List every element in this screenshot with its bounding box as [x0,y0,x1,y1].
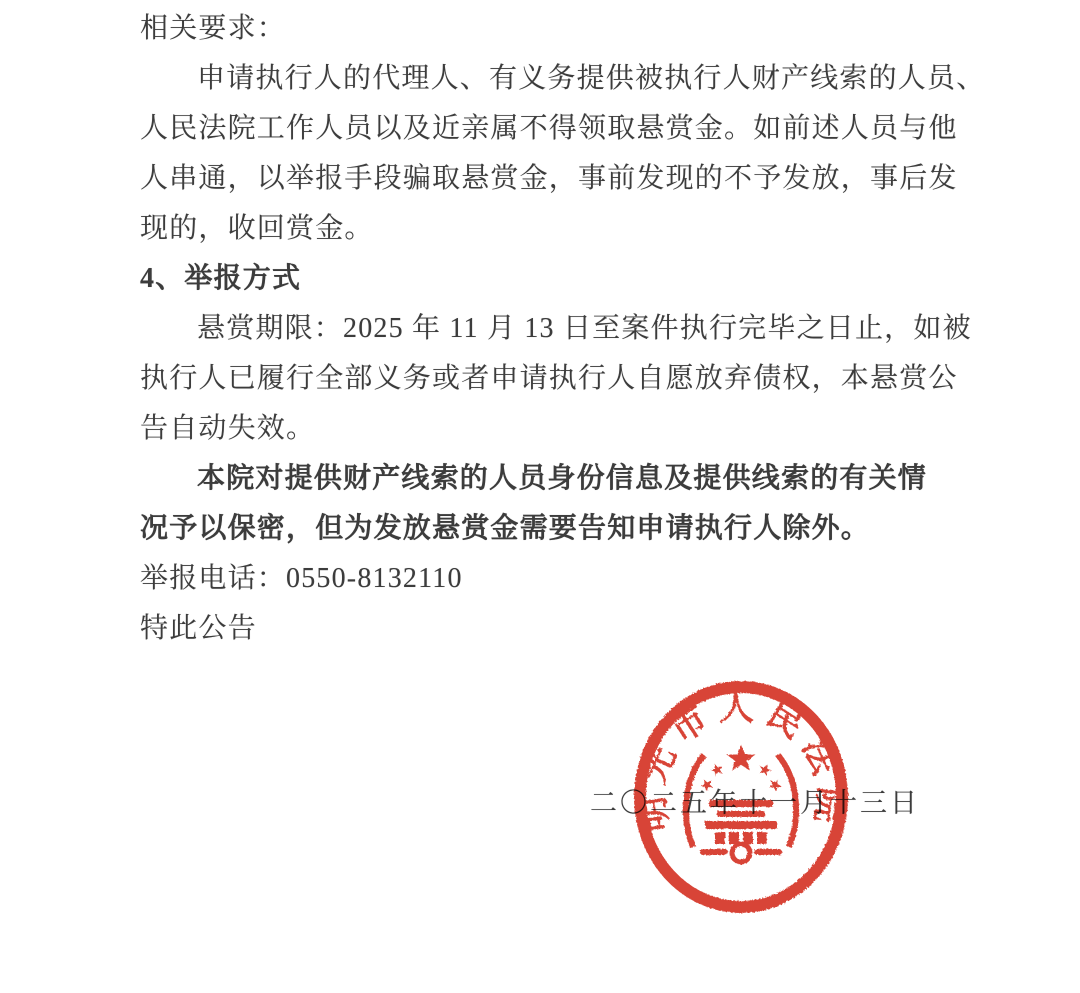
closing-statement: 特此公告 [140,604,972,654]
paragraph-line: 申请执行人的代理人、有义务提供被执行人财产线索的人员、 [140,54,972,104]
document-body: 相关要求： 申请执行人的代理人、有义务提供被执行人财产线索的人员、人民法院工作人… [140,4,972,654]
paragraph-line: 现的，收回赏金。 [140,204,972,254]
paragraph-line: 执行人已履行全部义务或者申请执行人自愿放弃债权，本悬赏公 [140,354,972,404]
section-4-heading: 4、举报方式 [140,254,972,304]
paragraph-line: 人民法院工作人员以及近亲属不得领取悬赏金。如前述人员与他 [140,104,972,154]
paragraph-line: 悬赏期限：2025 年 11 月 13 日至案件执行完毕之日止，如被 [140,304,972,354]
court-seal: 明光市人民法院 [632,679,850,915]
requirements-paragraph: 申请执行人的代理人、有义务提供被执行人财产线索的人员、人民法院工作人员以及近亲属… [140,54,972,254]
confidentiality-paragraph: 本院对提供财产线索的人员身份信息及提供线索的有关情况予以保密，但为发放悬赏金需要… [140,454,972,554]
paragraph-line: 人串通，以举报手段骗取悬赏金，事前发现的不予发放，事后发 [140,154,972,204]
reward-period-paragraph: 悬赏期限：2025 年 11 月 13 日至案件执行完毕之日止，如被执行人已履行… [140,304,972,454]
document-page: 相关要求： 申请执行人的代理人、有义务提供被执行人财产线索的人员、人民法院工作人… [0,0,1080,993]
paragraph-line: 况予以保密，但为发放悬赏金需要告知申请执行人除外。 [140,504,972,554]
national-emblem [686,745,796,863]
paragraph-line: 本院对提供财产线索的人员身份信息及提供线索的有关情 [140,454,972,504]
court-seal-graphic: 明光市人民法院 [632,679,850,915]
related-requirements-heading: 相关要求： [140,4,972,54]
paragraph-line: 告自动失效。 [140,404,972,454]
report-phone-line: 举报电话：0550-8132110 [140,554,972,604]
